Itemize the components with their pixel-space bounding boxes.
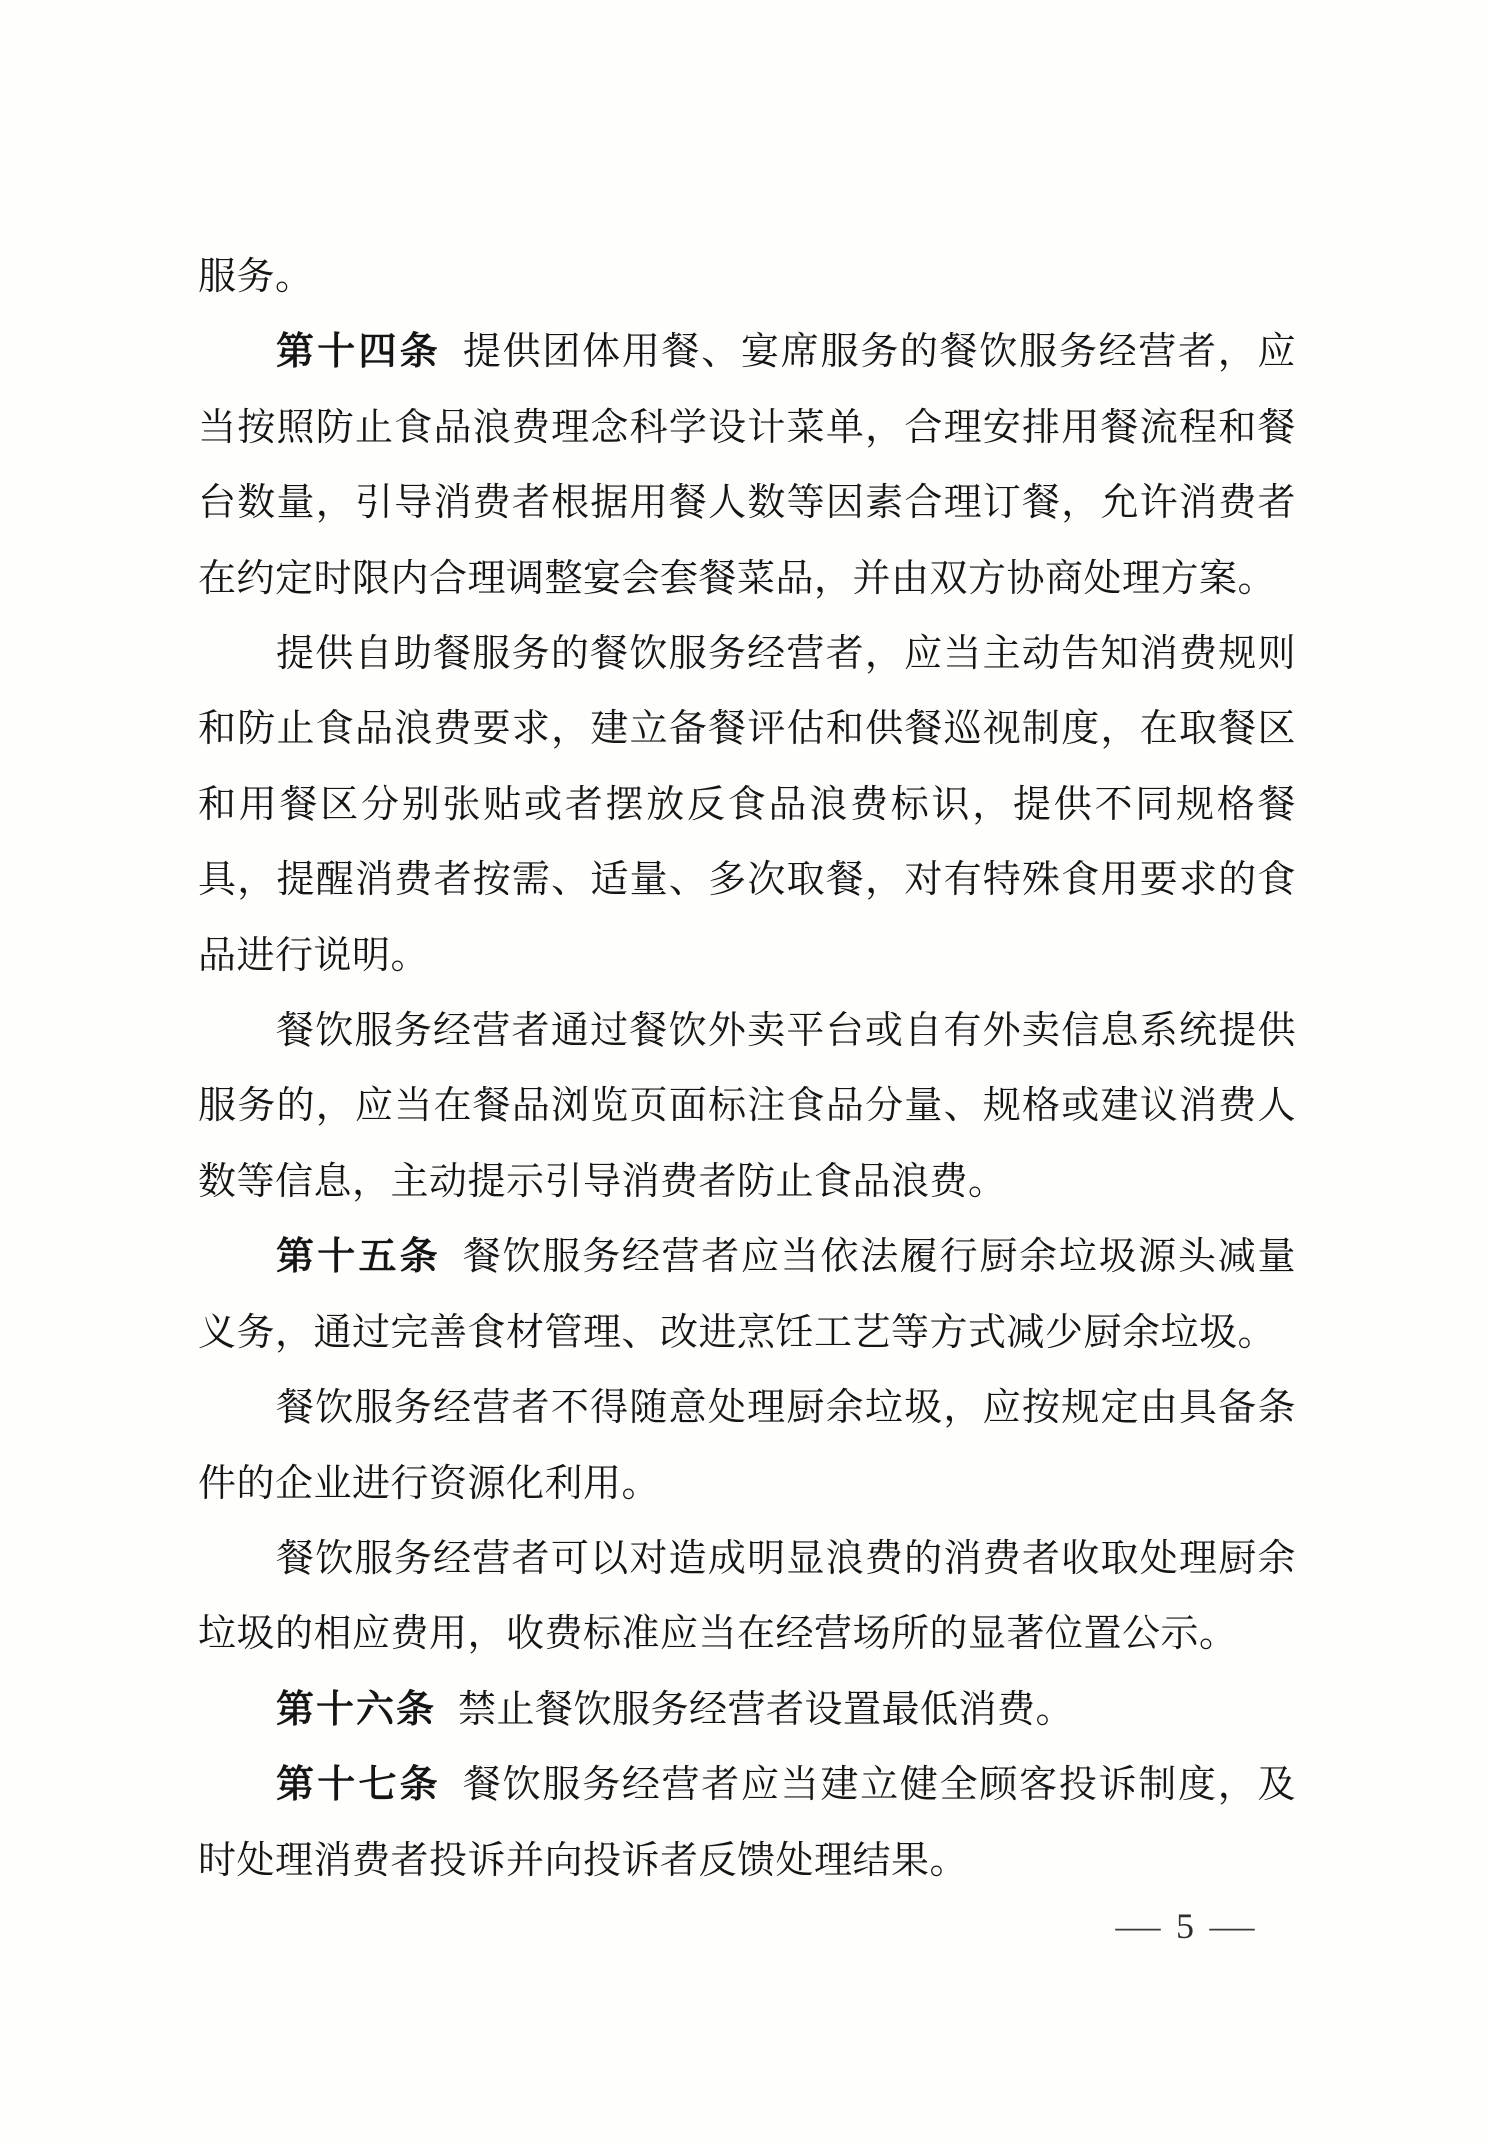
article-16-paragraph: 第十六条禁止餐饮服务经营者设置最低消费。 [198, 1673, 1296, 1748]
article-15-fee-paragraph: 餐饮服务经营者可以对造成明显浪费的消费者收取处理厨余垃圾的相应费用，收费标准应当… [198, 1522, 1296, 1673]
article-14-takeout-paragraph: 餐饮服务经营者通过餐饮外卖平台或自有外卖信息系统提供服务的，应当在餐品浏览页面标… [198, 994, 1296, 1220]
paragraph-text: 餐饮服务经营者不得随意处理厨余垃圾，应按规定由具备条件的企业进行资源化利用。 [198, 1387, 1296, 1504]
article-17-paragraph: 第十七条餐饮服务经营者应当建立健全顾客投诉制度，及时处理消费者投诉并向投诉者反馈… [198, 1748, 1296, 1899]
article-17-heading: 第十七条 [276, 1764, 441, 1806]
paragraph-text: 餐饮服务经营者可以对造成明显浪费的消费者收取处理厨余垃圾的相应费用，收费标准应当… [198, 1538, 1296, 1655]
document-body: 服务。 第十四条提供团体用餐、宴席服务的餐饮服务经营者，应当按照防止食品浪费理念… [198, 240, 1296, 1899]
paragraph-text: 餐饮服务经营者通过餐饮外卖平台或自有外卖信息系统提供服务的，应当在餐品浏览页面标… [198, 1010, 1296, 1203]
continuation-paragraph: 服务。 [198, 240, 1296, 315]
article-15-disposal-paragraph: 餐饮服务经营者不得随意处理厨余垃圾，应按规定由具备条件的企业进行资源化利用。 [198, 1371, 1296, 1522]
paragraph-text: 服务。 [198, 256, 314, 298]
article-14-paragraph: 第十四条提供团体用餐、宴席服务的餐饮服务经营者，应当按照防止食品浪费理念科学设计… [198, 315, 1296, 617]
page-number-dash-right: — [1210, 1902, 1255, 1950]
article-14-buffet-paragraph: 提供自助餐服务的餐饮服务经营者，应当主动告知消费规则和防止食品浪费要求，建立备餐… [198, 617, 1296, 994]
scanned-document-page: 服务。 第十四条提供团体用餐、宴席服务的餐饮服务经营者，应当按照防止食品浪费理念… [0, 0, 1485, 2145]
page-number-footer: — 5 — [1120, 1902, 1250, 1950]
article-16-heading: 第十六条 [276, 1689, 436, 1731]
paragraph-text: 禁止餐饮服务经营者设置最低消费。 [458, 1689, 1074, 1731]
page-number: 5 [1176, 1902, 1194, 1950]
article-15-heading: 第十五条 [276, 1236, 441, 1278]
page-number-dash-left: — [1116, 1902, 1161, 1950]
paragraph-text: 提供自助餐服务的餐饮服务经营者，应当主动告知消费规则和防止食品浪费要求，建立备餐… [198, 633, 1296, 977]
article-14-heading: 第十四条 [276, 331, 441, 373]
article-15-paragraph: 第十五条餐饮服务经营者应当依法履行厨余垃圾源头减量义务，通过完善食材管理、改进烹… [198, 1220, 1296, 1371]
